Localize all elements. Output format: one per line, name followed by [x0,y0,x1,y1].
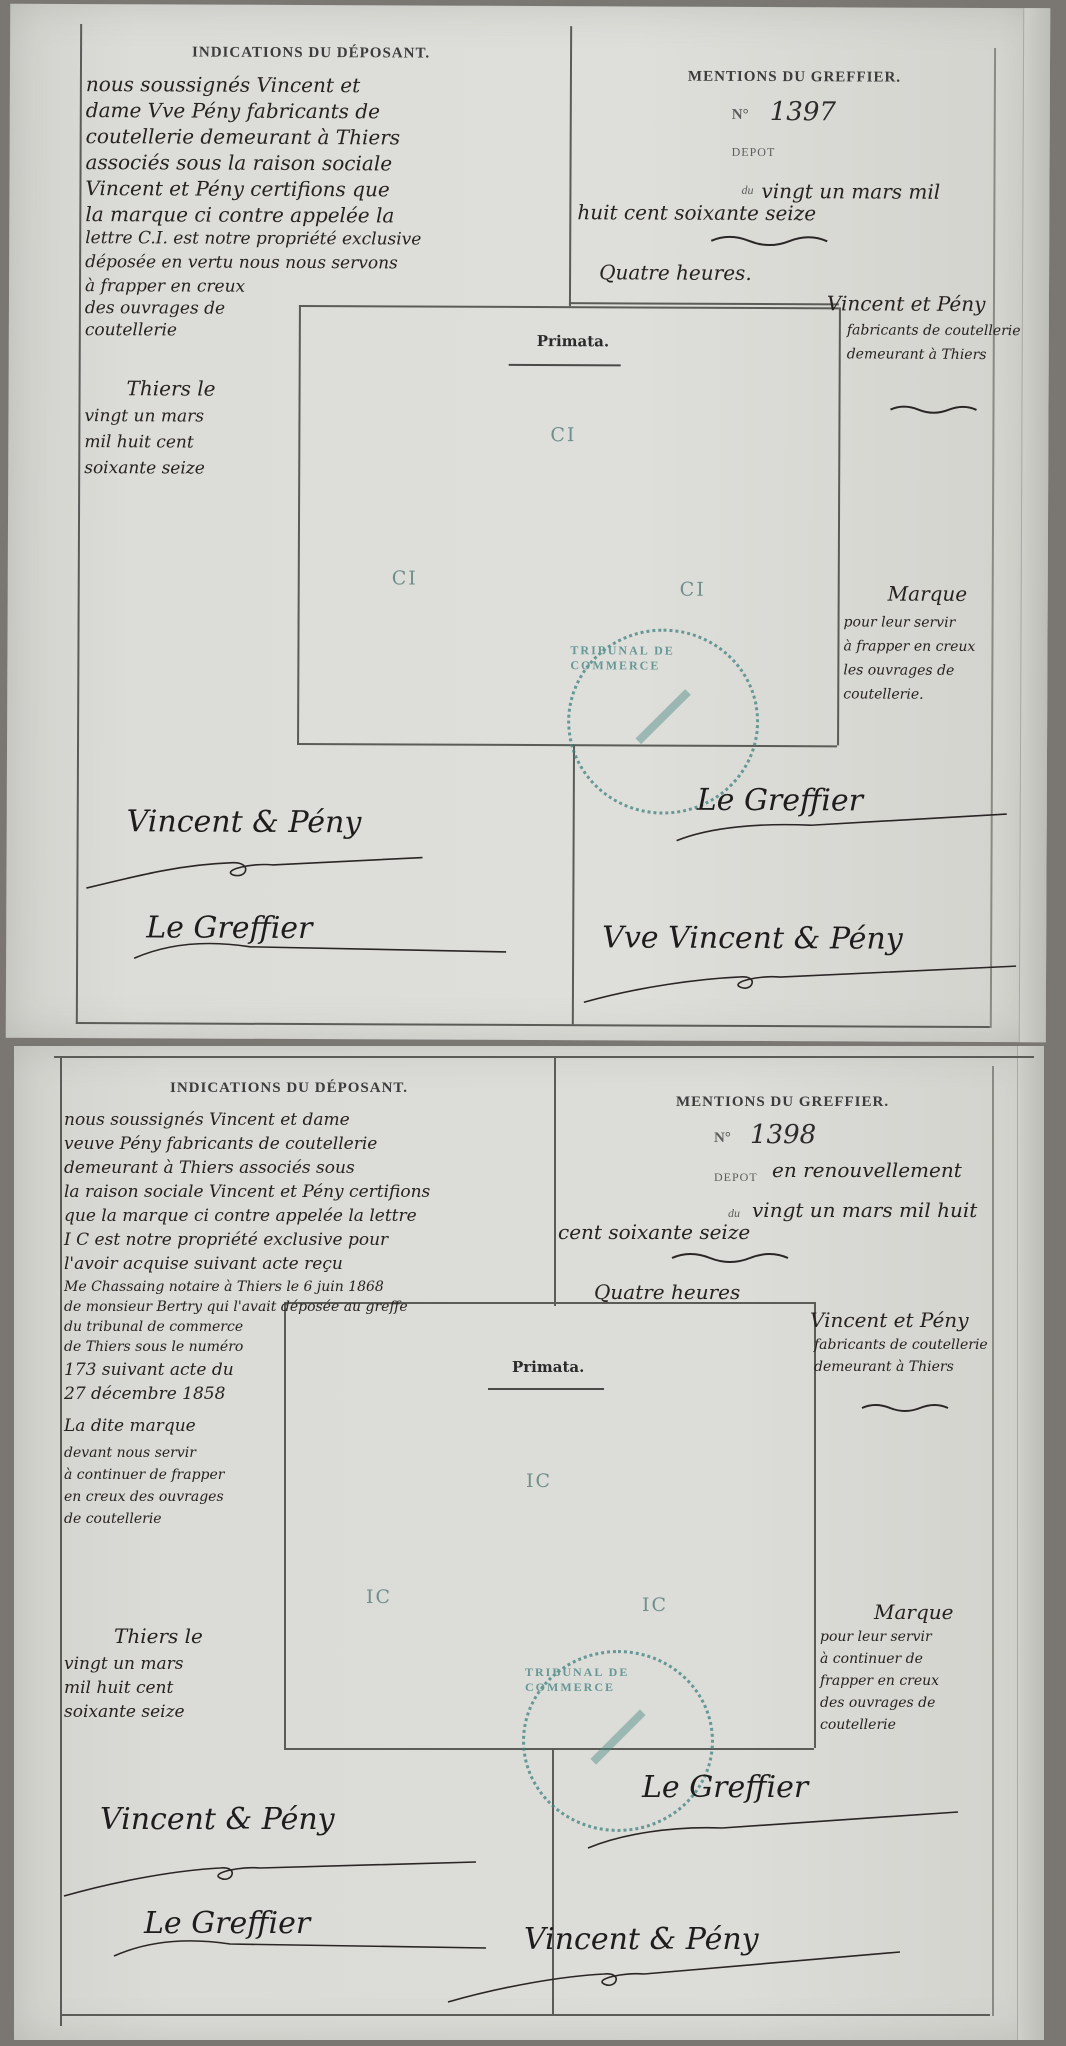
greffier-depositor-line: Vincent et Pény [810,1310,969,1330]
depositor-line: la raison sociale Vincent et Pény certif… [64,1184,430,1201]
greffier-depositor-line: demeurant à Thiers [814,1360,954,1374]
marque-line: coutellerie. [843,687,923,701]
squiggle-divider [670,1250,790,1264]
number-label: N° [714,1130,731,1147]
signature-flourish [671,807,1011,848]
primata-label: Primata. [537,332,609,350]
deposit-number: 1397 [770,99,836,125]
primata-box-left [284,1302,286,1748]
mark-impression: CI [680,579,706,601]
deposit-number: 1398 [750,1122,816,1148]
mark-impression: IC [366,1586,392,1608]
depositor-line: du tribunal de commerce [64,1320,243,1334]
frame-bottom-line [60,2014,990,2016]
greffier-date-line-2: huit cent soixante seize [577,202,816,223]
depot-label: DEPOT [714,1170,758,1185]
signature-flourish [582,1806,962,1856]
form-sheet-1397: INDICATIONS DU DÉPOSANT. MENTIONS DU GRE… [6,4,1051,1043]
signature-greffier-right: Le Greffier [642,1770,808,1805]
marque-line: pour leur servir [844,615,956,629]
place-date-line: soixante seize [84,460,205,478]
primata-box-left [297,305,300,743]
marque-line: pour leur servir [820,1630,932,1644]
depositor-line: La dite marque [64,1418,196,1435]
depositor-line: Me Chassaing notaire à Thiers le 6 juin … [64,1280,384,1294]
depositor-line: devant nous servir [64,1446,196,1460]
marque-line: à frapper en creux [843,639,975,654]
depositor-line: 173 suivant acte du [64,1362,234,1379]
depositor-line: veuve Pény fabricants de coutellerie [64,1136,377,1153]
mark-impression: CI [550,424,576,446]
depositor-line: déposée en vertu nous nous servons [85,254,398,272]
greffier-depositor-line: Vincent et Pény [827,293,986,314]
depositor-line: Vincent et Pény certifions que [85,178,389,199]
primata-box-right [837,307,840,745]
place-date-line: mil huit cent [64,1680,173,1697]
depositor-line: lettre C.I. est notre propriété exclusiv… [85,230,421,248]
place-date-line: vingt un mars [84,408,204,426]
depositor-line: 27 décembre 1858 [64,1386,225,1403]
marque-line: Marque [874,1602,953,1622]
depositor-line: associés sous la raison sociale [86,152,393,173]
du-label: du [728,1206,740,1221]
signature-flourish [110,1934,490,1964]
primata-underline [488,1388,604,1390]
depositor-line: des ouvrages de [85,300,225,318]
depositor-line: de Thiers sous le numéro [64,1340,243,1354]
marque-line: coutellerie [820,1718,896,1732]
squiggle-divider [860,1402,950,1414]
signature-depositor: Vincent & Pény [127,804,362,840]
marque-line: frapper en creux [820,1674,939,1688]
place-date-line: vingt un mars [64,1656,184,1673]
greffier-time: Quatre heures. [599,262,752,283]
signature-depositor: Vincent & Pény [100,1802,335,1837]
signature-flourish [130,936,510,968]
header-mentions-greffier: MENTIONS DU GREFFIER. [676,1094,889,1111]
depositor-line: à frapper en creux [85,278,245,296]
depositor-line: l'avoir acquise suivant acte reçu [64,1256,343,1273]
header-mentions-greffier: MENTIONS DU GREFFIER. [688,69,901,87]
place-date-block: Thiers le vingt un mars mil huit cent so… [10,4,1050,9]
primata-underline [509,364,621,366]
header-indications-deposant: INDICATIONS DU DÉPOSANT. [170,1080,408,1097]
paper-edge [1019,8,1051,1042]
depositor-line: nous soussignés Vincent et [86,74,360,95]
squiggle-divider [709,233,829,248]
signature-flourish [60,1846,480,1902]
signature-flourish [82,844,422,895]
place-date-line: soixante seize [64,1704,185,1721]
greffier-date-line-2: cent soixante seize [558,1222,750,1242]
column-divider-top [569,26,572,306]
frame-right-line [992,1066,994,2016]
signature-flourish [580,956,1020,1008]
mark-impression: CI [392,567,418,589]
depositor-line: dame Vve Pény fabricants de [86,100,380,121]
header-indications-deposant: INDICATIONS DU DÉPOSANT. [192,45,430,63]
greffier-depositor-line: fabricants de coutellerie [847,323,1021,338]
squiggle-divider [888,404,978,416]
greffier-depositor-block: Vincent et Pény fabricants de coutelleri… [10,4,1050,9]
depositor-line: la marque ci contre appelée la [85,204,394,225]
depositor-line: demeurant à Thiers associés sous [64,1160,355,1177]
depositor-line: de coutellerie [64,1512,162,1526]
depositor-line: à continuer de frapper [64,1468,224,1482]
depositor-line: nous soussignés Vincent et dame [64,1112,350,1129]
du-label: du [741,183,753,198]
greffier-date-line-1: vingt un mars mil [761,181,940,202]
depositor-line: coutellerie [85,322,177,339]
form-sheet-1398: INDICATIONS DU DÉPOSANT. MENTIONS DU GRE… [14,1046,1044,2040]
depot-label: DEPOT [732,145,776,160]
column-divider-top [554,1056,556,1306]
greffier-time: Quatre heures [594,1282,740,1302]
depositor-line: coutellerie demeurant à Thiers [86,126,401,147]
greffier-depot-line: en renouvellement [772,1160,962,1180]
place-date-line: Thiers le [114,1626,203,1646]
depositor-line: I C est notre propriété exclusive pour [64,1232,388,1249]
greffier-date-line-1: vingt un mars mil huit [752,1200,977,1220]
depositor-statement: nous soussignés Vincent et dame Vve Pény… [10,4,1050,9]
depositor-box-bottom [569,302,839,305]
frame-right-line [990,48,996,1028]
greffier-depositor-line: fabricants de coutellerie [814,1338,988,1352]
marque-line: Marque [888,584,968,604]
marque-line: les ouvrages de [843,663,954,677]
depositor-line: en creux des ouvrages [64,1490,224,1504]
primata-box-top [299,305,839,309]
frame-bottom-line [76,1022,990,1027]
paper-edge [1017,1046,1044,2040]
marque-line: des ouvrages de [820,1696,935,1710]
mark-impression: IC [526,1470,552,1492]
place-date-line: Thiers le [127,378,216,398]
frame-left-line [76,24,82,1024]
depositor-line: que la marque ci contre appelée la lettr… [64,1208,417,1225]
place-date-line: mil huit cent [84,434,193,451]
mark-impression: IC [642,1594,668,1616]
greffier-marque-block: Marque pour leur servir à frapper en cre… [10,4,1050,9]
number-label: N° [732,107,749,124]
signature-flourish [444,1946,904,2006]
primata-label: Primata. [512,1358,584,1376]
marque-line: à continuer de [820,1652,923,1666]
signature-divider [572,744,575,1024]
signature-depositor-right: Vve Vincent & Pény [602,920,903,956]
frame-top-line [54,1056,1034,1058]
greffier-depositor-line: demeurant à Thiers [847,347,987,362]
depositor-line: de monsieur Bertry qui l'avait déposée a… [64,1300,408,1314]
